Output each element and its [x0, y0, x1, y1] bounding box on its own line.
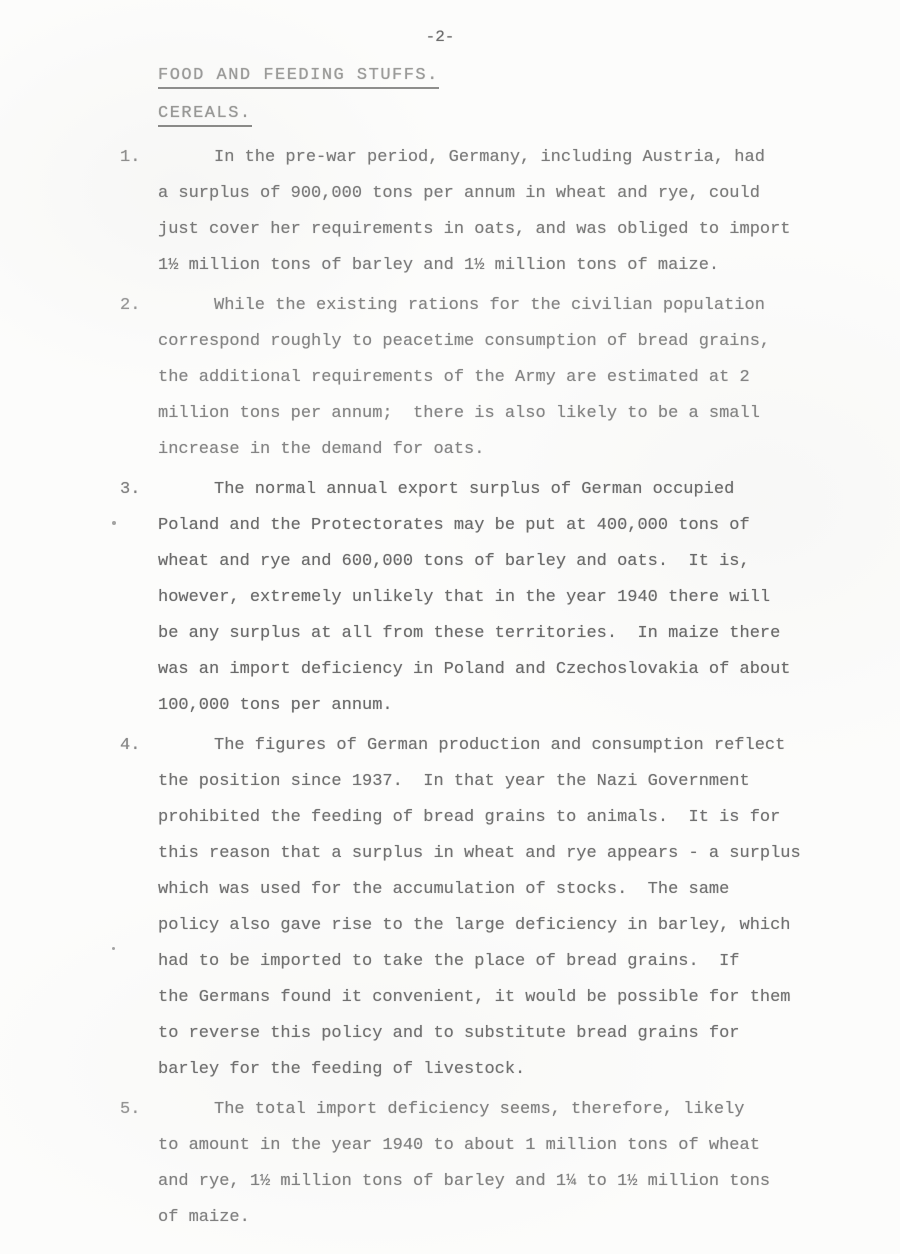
paragraph-line: 1½ million tons of barley and 1½ million… — [158, 248, 800, 284]
paragraph-number: 2. — [120, 288, 158, 324]
paragraph-line: The normal annual export surplus of Germ… — [158, 472, 800, 508]
paragraph-line: the additional requirements of the Army … — [158, 360, 800, 396]
paragraph-line: which was used for the accumulation of s… — [158, 872, 801, 908]
paragraph-line: was an import deficiency in Poland and C… — [158, 652, 800, 688]
paragraph-text: While the existing rations for the civil… — [158, 288, 800, 468]
paragraph-line: increase in the demand for oats. — [158, 432, 800, 468]
paragraph: 4. The figures of German production and … — [120, 728, 800, 1088]
ink-speck — [112, 947, 115, 950]
paragraph-line: be any surplus at all from these territo… — [158, 616, 800, 652]
paragraph-line: wheat and rye and 600,000 tons of barley… — [158, 544, 800, 580]
paragraph-line: The total import deficiency seems, there… — [158, 1092, 800, 1128]
ink-speck — [112, 521, 116, 525]
paragraph-line: policy also gave rise to the large defic… — [158, 908, 801, 944]
paragraph-line: In the pre-war period, Germany, includin… — [158, 140, 800, 176]
document-body: 1. In the pre-war period, Germany, inclu… — [120, 140, 800, 1240]
paragraph-number: 5. — [120, 1092, 158, 1128]
paragraph: 1. In the pre-war period, Germany, inclu… — [120, 140, 800, 284]
paragraph-line: and rye, 1½ million tons of barley and 1… — [158, 1164, 800, 1200]
document-heading: FOOD AND FEEDING STUFFS. — [158, 66, 439, 89]
paragraph-line: correspond roughly to peacetime consumpt… — [158, 324, 800, 360]
paragraph-line: the position since 1937. In that year th… — [158, 764, 801, 800]
paragraph-number: 1. — [120, 140, 158, 176]
paragraph-line: a surplus of 900,000 tons per annum in w… — [158, 176, 800, 212]
paragraph: 5. The total import deficiency seems, th… — [120, 1092, 800, 1236]
paragraph-line: to reverse this policy and to substitute… — [158, 1016, 801, 1052]
paragraph-line: While the existing rations for the civil… — [158, 288, 800, 324]
paragraph-text: The figures of German production and con… — [158, 728, 801, 1088]
paragraph-line: this reason that a surplus in wheat and … — [158, 836, 801, 872]
paragraph-line: million tons per annum; there is also li… — [158, 396, 800, 432]
paragraph-line: however, extremely unlikely that in the … — [158, 580, 800, 616]
paragraph-text: In the pre-war period, Germany, includin… — [158, 140, 800, 284]
paragraph-number: 3. — [120, 472, 158, 508]
paragraph-line: of maize. — [158, 1200, 800, 1236]
paragraph-line: to amount in the year 1940 to about 1 mi… — [158, 1128, 800, 1164]
paragraph-line: Poland and the Protectorates may be put … — [158, 508, 800, 544]
paragraph: 3. The normal annual export surplus of G… — [120, 472, 800, 724]
paragraph-line: 100,000 tons per annum. — [158, 688, 800, 724]
paragraph-text: The total import deficiency seems, there… — [158, 1092, 800, 1236]
document-page: -2- FOOD AND FEEDING STUFFS. CEREALS. 1.… — [0, 0, 900, 1254]
paragraph-line: had to be imported to take the place of … — [158, 944, 801, 980]
paragraph-line: barley for the feeding of livestock. — [158, 1052, 801, 1088]
paragraph-number: 4. — [120, 728, 158, 764]
paragraph: 2. While the existing rations for the ci… — [120, 288, 800, 468]
paragraph-line: prohibited the feeding of bread grains t… — [158, 800, 801, 836]
document-subheading: CEREALS. — [158, 104, 252, 127]
paragraph-line: just cover her requirements in oats, and… — [158, 212, 800, 248]
page-number: -2- — [120, 28, 760, 46]
paragraph-text: The normal annual export surplus of Germ… — [158, 472, 800, 724]
paragraph-line: The figures of German production and con… — [158, 728, 801, 764]
paragraph-line: the Germans found it convenient, it woul… — [158, 980, 801, 1016]
